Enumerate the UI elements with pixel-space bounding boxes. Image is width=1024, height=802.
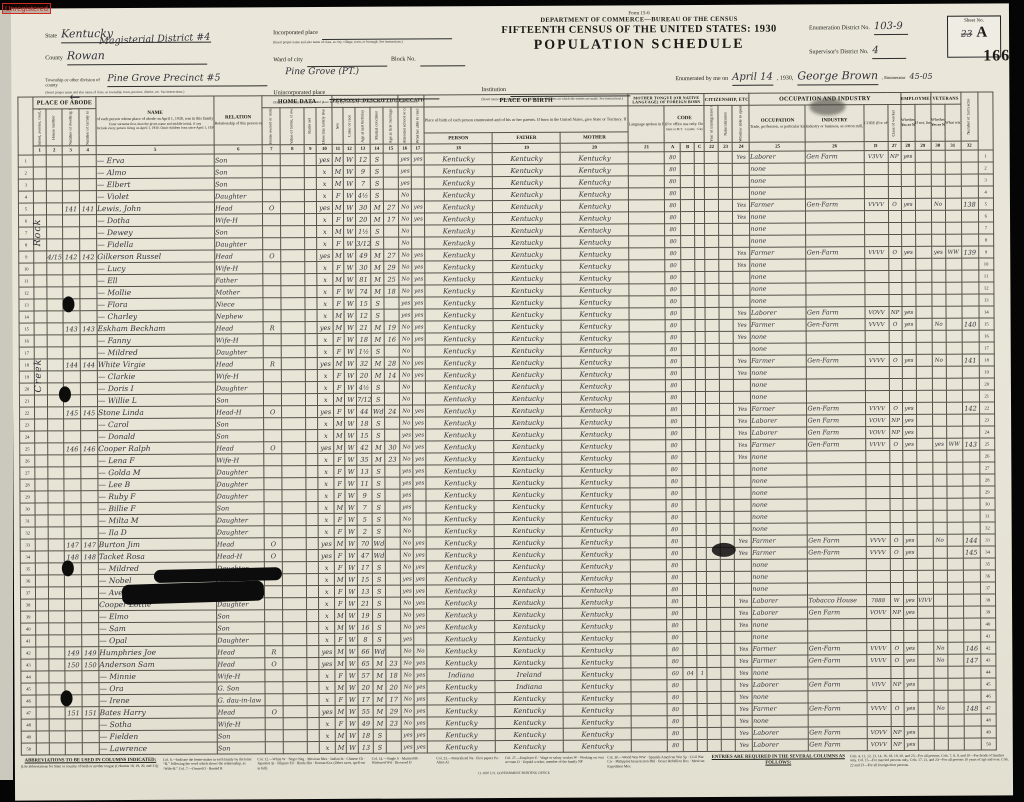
cell-sex: F: [333, 285, 344, 297]
cell-emp: yes: [904, 726, 918, 738]
cell-dw: [64, 419, 81, 431]
cell-dw: 144: [63, 359, 80, 371]
cell-emp: yes: [903, 534, 917, 546]
col-number: B: [681, 143, 695, 152]
cell-occ: none: [750, 175, 806, 187]
cell-st: [36, 599, 49, 611]
cell-agm: [385, 465, 400, 477]
cell-imm: [707, 607, 721, 619]
cell-empNo: [917, 486, 933, 498]
cell-nR: 31: [980, 510, 995, 522]
cell-sch: No: [401, 681, 414, 693]
cell-hn: [47, 215, 63, 227]
cell-own: [264, 478, 282, 490]
cell-own: R: [263, 358, 281, 370]
cell-val: [281, 262, 305, 274]
cell-empNo: [917, 498, 933, 510]
cell-rw: yes: [414, 717, 427, 729]
cell-rel: Daughter: [216, 490, 264, 502]
cell-emp: yes: [903, 606, 917, 618]
cell-rw: yes: [412, 273, 425, 285]
cell-emp: yes: [903, 594, 917, 606]
cell-wk: W: [890, 594, 903, 606]
cell-eng: Yes: [735, 535, 752, 547]
cell-race: W: [346, 597, 358, 609]
cell-ind: Gen-Farm: [807, 439, 865, 451]
cell-tg: [631, 680, 667, 692]
cell-emp: [902, 450, 916, 462]
cell-age: 32: [356, 357, 371, 369]
cell-war: [946, 390, 962, 402]
cell-vet: [931, 282, 945, 294]
cell-occ: Farmer: [752, 655, 808, 667]
cell-sex: M: [333, 177, 344, 189]
cell-rw: No: [414, 645, 427, 657]
cell-nat: [719, 223, 733, 235]
cell-bm: Kentucky: [563, 704, 631, 716]
cell-empNo: [917, 570, 933, 582]
cell-val: [282, 514, 306, 526]
cell-wk: NP: [890, 606, 903, 618]
col-number: 19: [492, 143, 560, 152]
cell-age: 11: [357, 477, 372, 489]
cell-bf: Kentucky: [493, 308, 561, 320]
col-number: 9: [304, 145, 316, 154]
cell-cD: [865, 475, 889, 487]
cell-bf: Kentucky: [494, 368, 562, 380]
cell-nm: — Sam: [99, 622, 217, 635]
cell-occ: Farmer: [751, 355, 807, 367]
cell-vet: [933, 570, 947, 582]
cell-bf: Kentucky: [494, 464, 562, 476]
cell-agm: [386, 621, 401, 633]
cell-st: [36, 707, 49, 719]
cell-nm: — Sotha: [99, 718, 217, 731]
cell-cC: [697, 559, 707, 571]
cell-age: 18: [358, 729, 373, 741]
cell-cB: [683, 572, 697, 584]
col-employment-status: Whether actually at work yesterday (or t…: [901, 104, 915, 141]
cell-emp: yes: [901, 198, 915, 210]
cell-cB: [684, 728, 698, 740]
cell-agm: 20: [386, 681, 401, 693]
cell-rad: [306, 394, 318, 406]
cell-fs: [963, 594, 980, 606]
cell-bm: Kentucky: [562, 392, 630, 404]
cell-eng: Yes: [735, 595, 752, 607]
cell-dw: [65, 635, 82, 647]
cell-nR: 7: [978, 222, 993, 234]
street-label: Street, avenue, road, etc.: [37, 109, 42, 145]
cell-farm: yes: [316, 153, 332, 165]
cell-sex: F: [333, 189, 344, 201]
cell-bf: Kentucky: [495, 572, 563, 584]
cell-dw: [64, 587, 81, 599]
cell-mar: S: [372, 513, 385, 525]
cell-empNo: [915, 246, 931, 258]
cell-cD: [866, 499, 890, 511]
col-home-owned: Home owned or rented: [262, 108, 280, 145]
cell-cD: [866, 619, 890, 631]
cell-fam: [81, 515, 98, 527]
cell-bf: Kentucky: [493, 236, 561, 248]
cell-empNo: [915, 162, 931, 174]
cell-fs: [962, 450, 979, 462]
cell-rel: Daughter: [215, 346, 263, 358]
cell-val: [281, 190, 305, 202]
cell-dw: [63, 311, 80, 323]
cell-agm: 16: [384, 333, 399, 345]
cell-n: 36: [20, 575, 35, 587]
cell-age: 17: [358, 693, 373, 705]
cell-emp: [902, 378, 916, 390]
cell-rel: Daughter: [215, 238, 263, 250]
group-place-of-abode: PLACE OF ABODE: [33, 97, 96, 109]
cell-rw: yes: [412, 213, 425, 225]
cell-cA: 80: [666, 452, 682, 464]
cell-nm: — Elbert: [96, 178, 214, 191]
cell-dw: [64, 431, 81, 443]
cell-wk: [889, 366, 902, 378]
cell-age: 13: [358, 741, 373, 753]
cell-emp: [901, 258, 915, 270]
cell-cC: [697, 607, 707, 619]
cell-eng: Yes: [734, 403, 751, 415]
cell-nat: [720, 499, 734, 511]
farm-family-label: Does this family live on a farm?: [322, 108, 327, 144]
cell-sch: yes: [402, 741, 415, 753]
cell-eng: [734, 463, 751, 475]
cell-st: [36, 635, 49, 647]
cell-empNo: [917, 510, 933, 522]
cell-sch: yes: [399, 165, 412, 177]
cell-own: O: [265, 706, 283, 718]
cell-sex: F: [335, 693, 346, 705]
cell-ind: [808, 559, 866, 571]
cell-nR: 19: [979, 366, 994, 378]
cell-bm: Kentucky: [563, 572, 631, 584]
cell-agm: [386, 573, 401, 585]
cell-hn: [46, 155, 62, 167]
cell-rw: yes: [413, 405, 426, 417]
cell-age: 15: [357, 429, 372, 441]
cell-cA: 80: [665, 236, 681, 248]
cell-war: [947, 630, 963, 642]
cell-farm: x: [318, 513, 334, 525]
cell-bf: Kentucky: [494, 428, 562, 440]
cell-sex: F: [334, 549, 345, 561]
cell-cB: [683, 632, 697, 644]
cell-nm: Humphries Joe: [99, 646, 217, 659]
cell-fam: [80, 335, 97, 347]
cell-hn: [48, 479, 64, 491]
cell-rel: Son: [216, 502, 264, 514]
cell-bf: Kentucky: [493, 164, 561, 176]
cell-tg: [630, 392, 666, 404]
cell-vet: [933, 630, 947, 642]
cell-nat: [721, 583, 735, 595]
cell-vet: [932, 366, 946, 378]
cell-empNo: [915, 222, 931, 234]
cell-fam: [81, 419, 98, 431]
cell-rad: [305, 238, 317, 250]
cell-age: 15: [358, 573, 373, 585]
cell-farm: yes: [319, 657, 335, 669]
cell-cD: [865, 379, 889, 391]
cell-bm: Kentucky: [561, 296, 629, 308]
cell-sch: yes: [399, 297, 412, 309]
cell-ind: [806, 271, 864, 283]
cell-fam: [81, 455, 98, 467]
cell-bf: Kentucky: [493, 176, 561, 188]
cell-cA: 80: [668, 740, 684, 752]
cell-wk: O: [889, 354, 902, 366]
cell-nm: — Fanny: [97, 334, 215, 347]
cell-farm: x: [318, 489, 334, 501]
col-number: 11: [332, 144, 343, 153]
cell-war: [945, 162, 961, 174]
cell-nR: 1: [978, 150, 993, 162]
cell-emp: [903, 618, 917, 630]
cell-own: [265, 730, 283, 742]
cell-val: [283, 658, 307, 670]
cell-war: [947, 582, 963, 594]
cell-cC: [697, 547, 707, 559]
cell-dw: 142: [63, 251, 80, 263]
incorporated-label: Incorporated place: [273, 30, 318, 36]
cell-agm: [386, 585, 401, 597]
cell-sch: No: [399, 333, 412, 345]
cell-st: [35, 587, 48, 599]
cell-rel: Wife-H: [215, 262, 263, 274]
cell-empNo: [916, 306, 932, 318]
cell-imm: [706, 415, 720, 427]
cell-dw: [63, 335, 80, 347]
cell-cB: [681, 164, 695, 176]
cell-occ: none: [751, 463, 807, 475]
col-street: Street, avenue, road, etc.: [33, 109, 46, 146]
ward-value: Pine Grove (PT.): [285, 66, 488, 77]
cell-occ: none: [750, 235, 806, 247]
cell-nR: 21: [979, 390, 994, 402]
home-value-label: Value of home, if owned, or monthly rent…: [290, 108, 295, 144]
cell-agm: [386, 741, 401, 753]
cell-empNo: [918, 678, 934, 690]
cell-dw: [63, 371, 80, 383]
cell-bf: Kentucky: [494, 416, 562, 428]
cell-nR: 48: [981, 714, 996, 726]
cell-race: W: [343, 153, 355, 165]
cell-wk: NP: [888, 150, 901, 162]
cell-cA: 80: [665, 260, 681, 272]
cell-war: [945, 282, 961, 294]
cell-mar: S: [371, 177, 384, 189]
cell-cA: 80: [665, 320, 681, 332]
cell-val: [281, 238, 305, 250]
cell-cB: [681, 212, 695, 224]
cell-cC: [697, 679, 707, 691]
cell-nat: [721, 643, 735, 655]
cell-eng: Yes: [736, 727, 753, 739]
cell-cD: VVVV: [866, 547, 890, 559]
cell-cB: [682, 512, 696, 524]
cell-n: 29: [20, 491, 35, 503]
cell-race: W: [344, 285, 356, 297]
cell-cB: [682, 332, 696, 344]
cell-rel: Son: [217, 730, 265, 742]
cell-occ: none: [750, 187, 806, 199]
cell-cC: [695, 187, 705, 199]
cell-ind: [807, 475, 865, 487]
cell-nR: 24: [979, 426, 994, 438]
cell-farm: x: [318, 429, 334, 441]
cell-nR: 45: [981, 678, 996, 690]
cell-dw: 141: [62, 203, 79, 215]
cell-sch: No: [400, 369, 413, 381]
cell-eng: [733, 235, 750, 247]
cell-eng: Yes: [736, 715, 753, 727]
cell-cB: [682, 368, 696, 380]
cell-bp: Kentucky: [425, 189, 493, 201]
cell-bf: Kentucky: [494, 356, 562, 368]
entries-required-notes: Cols. 4, 11, 12, 13, 14, 16, 18, 19, 20,…: [850, 753, 1009, 767]
cell-own: [264, 466, 282, 478]
cell-rw: yes: [412, 321, 425, 333]
cell-imm: [705, 259, 719, 271]
street-name-vertical-upper: Rock: [32, 160, 47, 305]
cell-nm: — Milta M: [98, 514, 216, 527]
cell-val: [282, 418, 306, 430]
col-number: 8: [280, 145, 304, 154]
cell-farm: x: [318, 465, 334, 477]
cell-bp: Kentucky: [425, 345, 493, 357]
cell-sch: No: [400, 537, 413, 549]
cell-empNo: [915, 234, 931, 246]
cell-imm: [707, 679, 721, 691]
cell-sex: F: [334, 369, 345, 381]
cell-war: [947, 570, 963, 582]
institution-label: Institution: [481, 87, 506, 93]
cell-dw: [65, 671, 82, 683]
cell-tg: [631, 668, 667, 680]
cell-imm: [706, 451, 720, 463]
cell-age: 9: [357, 489, 372, 501]
cell-rad: [306, 526, 318, 538]
cell-empNo: [916, 414, 932, 426]
cell-nR: 27: [979, 462, 994, 474]
cell-farm: yes: [317, 201, 333, 213]
cell-bf: Kentucky: [494, 392, 562, 404]
cell-empNo: [918, 726, 934, 738]
col-number: 7: [262, 145, 280, 154]
cell-cD: VVVV: [864, 247, 888, 259]
col-occupation-code: CODE (For office use only. Do not write …: [863, 105, 887, 142]
cell-own: O: [264, 406, 282, 418]
cell-sex: M: [335, 621, 346, 633]
cell-cB: [681, 188, 695, 200]
cell-fs: [964, 726, 981, 738]
enumerated-label: Enumerated by me on: [675, 76, 728, 82]
cell-empNo: [916, 342, 932, 354]
cell-cA: 80: [666, 476, 682, 488]
cell-wk: NP: [891, 738, 904, 750]
cell-cB: [683, 692, 697, 704]
cell-agm: [384, 345, 399, 357]
cell-hn: [47, 275, 63, 287]
cell-val: [281, 214, 305, 226]
cell-occ: Farmer: [753, 703, 809, 715]
cell-war: [947, 606, 963, 618]
cell-agm: 18: [386, 669, 401, 681]
cell-rw: yes: [414, 573, 427, 585]
cell-bm: Kentucky: [563, 548, 631, 560]
cell-fam: [80, 227, 97, 239]
cell-rw: [413, 525, 426, 537]
cell-bm: Kentucky: [563, 680, 631, 692]
cell-nm: — Opal: [99, 634, 217, 647]
ed-value: 103-9: [874, 21, 903, 32]
unincorporated-hint: (Enter name of any unincorporated place …: [273, 99, 488, 104]
cell-fam: [81, 491, 98, 503]
cell-wk: [889, 378, 902, 390]
cell-cC: [696, 499, 706, 511]
cell-nat: [720, 403, 734, 415]
cell-fam: [82, 731, 99, 743]
cell-hn: [48, 443, 64, 455]
census-title: FIFTEENTH CENSUS OF THE UNITED STATES: 1…: [489, 24, 789, 37]
cell-sch: No: [399, 225, 412, 237]
cell-age: 20: [356, 213, 371, 225]
cell-dw: 146: [64, 443, 81, 455]
cell-bm: Kentucky: [562, 476, 630, 488]
cell-cD: VVVV: [866, 655, 890, 667]
cell-imm: [708, 715, 722, 727]
cell-cD: [865, 343, 889, 355]
cell-nat: [721, 607, 735, 619]
cell-bf: Kentucky: [496, 740, 564, 752]
cell-cB: [682, 344, 696, 356]
cell-war: [946, 366, 962, 378]
cell-cA: 80: [665, 164, 681, 176]
cell-emp: yes: [902, 438, 916, 450]
enumerator-suffix: , Enumerator: [882, 75, 906, 80]
cell-rw: yes: [413, 453, 426, 465]
cell-cA: 80: [665, 284, 681, 296]
cell-cB: [681, 296, 695, 308]
cell-age: 13: [358, 585, 373, 597]
county-value: Rowan: [67, 49, 105, 62]
cell-nm: Lewis, John: [96, 202, 214, 215]
cell-fam: [80, 383, 97, 395]
cell-tg: [631, 656, 667, 668]
cell-age: 15: [356, 297, 371, 309]
cell-sex: M: [334, 417, 345, 429]
cell-sch: yes: [400, 477, 413, 489]
cell-bf: Kentucky: [493, 284, 561, 296]
cell-agm: [383, 165, 398, 177]
cell-hn: [47, 287, 63, 299]
cell-war: [948, 726, 964, 738]
cell-ind: [809, 715, 867, 727]
cell-rad: [305, 322, 317, 334]
cell-race: W: [346, 717, 358, 729]
cell-cA: 80: [666, 428, 682, 440]
cell-cB: [683, 608, 697, 620]
cell-val: [280, 154, 304, 166]
cell-imm: [707, 643, 721, 655]
cell-bm: Kentucky: [561, 164, 629, 176]
cell-val: [281, 346, 305, 358]
